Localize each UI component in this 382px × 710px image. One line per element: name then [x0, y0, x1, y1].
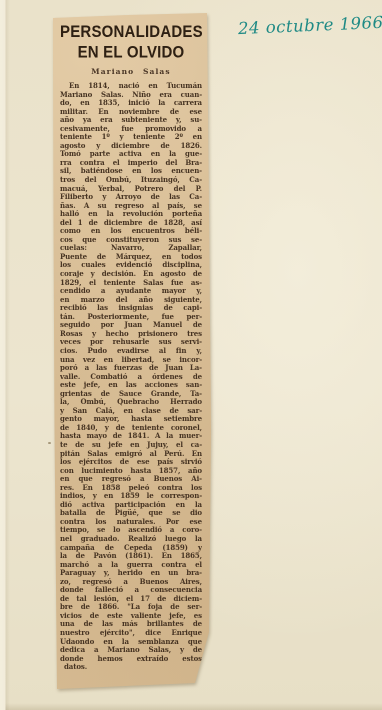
body-line: poró a las fuerzas de Juan La- — [60, 364, 202, 373]
body-line: cios. Pudo evadirse al fin y, — [60, 347, 202, 356]
newspaper-clipping: PERSONALIDADES EN EL OLVIDO Mariano Sala… — [0, 0, 382, 710]
body-line: te de su jefe en Jujuy, el ca- — [60, 441, 202, 450]
body-line: este jefe, en las acciones san- — [60, 381, 202, 390]
body-line: nel graduado. Realizó luego la — [60, 535, 202, 544]
body-line: marchó a la guerra contra el — [60, 561, 202, 570]
body-line: cesivamente, fue promovido a — [60, 125, 202, 134]
body-line: en que regresó a Buenos Ai- — [60, 475, 202, 484]
body-line: cuelas: Navarro, Zapallar, — [60, 244, 202, 253]
body-line: cendido a ayudante mayor y, — [60, 287, 202, 296]
body-line: año ya era subteniente y, su- — [60, 116, 202, 125]
body-line: halló en la revolución porteña — [60, 210, 202, 219]
body-line: recibió las insignias de capi- — [60, 304, 202, 313]
body-line: los cuales evidenció disciplina, — [60, 261, 202, 270]
body-line: Filiberto y Arroyo de las Ca- — [60, 193, 202, 202]
body-line: campaña de Cepeda (1859) y — [60, 544, 202, 553]
body-line: agosto y diciembre de 1826. — [60, 142, 202, 151]
paper-speck — [99, 540, 101, 542]
body-line: tiempo, se lo ascendió a coro- — [60, 526, 202, 535]
body-line: donde hemos extraído estos — [60, 655, 202, 664]
clipping-shadow: PERSONALIDADES EN EL OLVIDO Mariano Sala… — [0, 0, 382, 710]
body-line: Udaondo en la semblanza que — [60, 638, 202, 647]
body-line: Rosas y hecho prisionero tres — [60, 330, 202, 339]
body-line: Puente de Márquez, en todos — [60, 253, 202, 262]
body-line: con lucimiento hasta 1857, año — [60, 467, 202, 476]
body-line: datos. — [60, 663, 202, 672]
body-line: y San Calá, en clase de sar- — [60, 407, 202, 416]
body-line: veces por rehusarle sus servi- — [60, 338, 202, 347]
body-line: res. En 1858 peleó contra los — [60, 484, 202, 493]
body-line: pitán Salas emigró al Perú. En — [60, 450, 202, 459]
article-body: En 1814, nació en TucumánMariano Salas. … — [60, 82, 202, 672]
body-line: indios, y en 1859 le correspon- — [60, 492, 202, 501]
body-line: cos que constituyeron sus se- — [60, 236, 202, 245]
body-line: de 1840, y de teniente coronel, — [60, 424, 202, 433]
body-line: como en los encuentros béli- — [60, 227, 202, 236]
body-line: dedica a Mariano Salas, y de — [60, 646, 202, 655]
body-line: bre de 1866. "La foja de ser- — [60, 603, 202, 612]
body-line: la de Pavón (1861). En 1865, — [60, 552, 202, 561]
body-line: tán. Posteriormente, fue per- — [60, 313, 202, 322]
body-line: en marzo del año siguiente, — [60, 296, 202, 305]
body-line: Paraguay y, herido en un bra- — [60, 569, 202, 578]
body-line: vicios de este valiente jefe, es — [60, 612, 202, 621]
body-line: sil, batiéndose en los encuen- — [60, 167, 202, 176]
body-line: la, Ombú, Quebracho Herrado — [60, 398, 202, 407]
article-headline: PERSONALIDADES EN EL OLVIDO — [60, 22, 202, 63]
article: PERSONALIDADES EN EL OLVIDO Mariano Sala… — [60, 22, 202, 672]
headline-line-1: PERSONALIDADES — [60, 22, 202, 43]
body-line: ñas. A su regreso al país, se — [60, 202, 202, 211]
body-line: grientas de Sauce Grande, Ta- — [60, 390, 202, 399]
body-line: contra los naturales. Por ese — [60, 518, 202, 527]
body-line: donde falleció a consecuencia — [60, 586, 202, 595]
body-line: rra contra el imperio del Bra- — [60, 159, 202, 168]
paper-speck — [48, 442, 51, 444]
notebook-page: PERSONALIDADES EN EL OLVIDO Mariano Sala… — [0, 0, 382, 710]
body-line: los ejércitos de ese país sirvió — [60, 458, 202, 467]
body-line: del 1 de diciembre de 1828, así — [60, 219, 202, 228]
body-line: do, en 1835, inició la carrera — [60, 99, 202, 108]
body-line: gento mayor, hasta setiembre — [60, 415, 202, 424]
body-line: valle. Combatió a órdenes de — [60, 373, 202, 382]
body-line: teniente 1º y teniente 2º en — [60, 133, 202, 142]
body-line: hasta mayo de 1841. A la muer- — [60, 432, 202, 441]
body-line: Mariano Salas. Niño era cuan- — [60, 91, 202, 100]
body-line: Tomó parte activa en la gue- — [60, 150, 202, 159]
body-line: batalla de Pigüé, que se dio — [60, 509, 202, 518]
article-byline: Mariano Salas — [60, 67, 202, 76]
body-line: de tal lesión, el 17 de diciem- — [60, 595, 202, 604]
body-line: macuá, Yerbal, Potrero del P. — [60, 185, 202, 194]
body-line: una de las más brillantes de — [60, 620, 202, 629]
body-line: seguido por Juan Manuel de — [60, 321, 202, 330]
headline-line-2: EN EL OLVIDO — [60, 43, 202, 64]
body-line: dió activa participación en la — [60, 501, 202, 510]
body-line: coraje y decisión. En agosto de — [60, 270, 202, 279]
body-line: En 1814, nació en Tucumán — [60, 82, 202, 91]
body-line: una vez en libertad, se incor- — [60, 356, 202, 365]
body-line: militar. En noviembre de ese — [60, 108, 202, 117]
body-line: 1829, el teniente Salas fue as- — [60, 279, 202, 288]
body-line: tros del Ombú, Ituzaingó, Ca- — [60, 176, 202, 185]
body-line: zo, regresó a Buenos Aires, — [60, 578, 202, 587]
body-line: nuestro ejército", dice Enrique — [60, 629, 202, 638]
